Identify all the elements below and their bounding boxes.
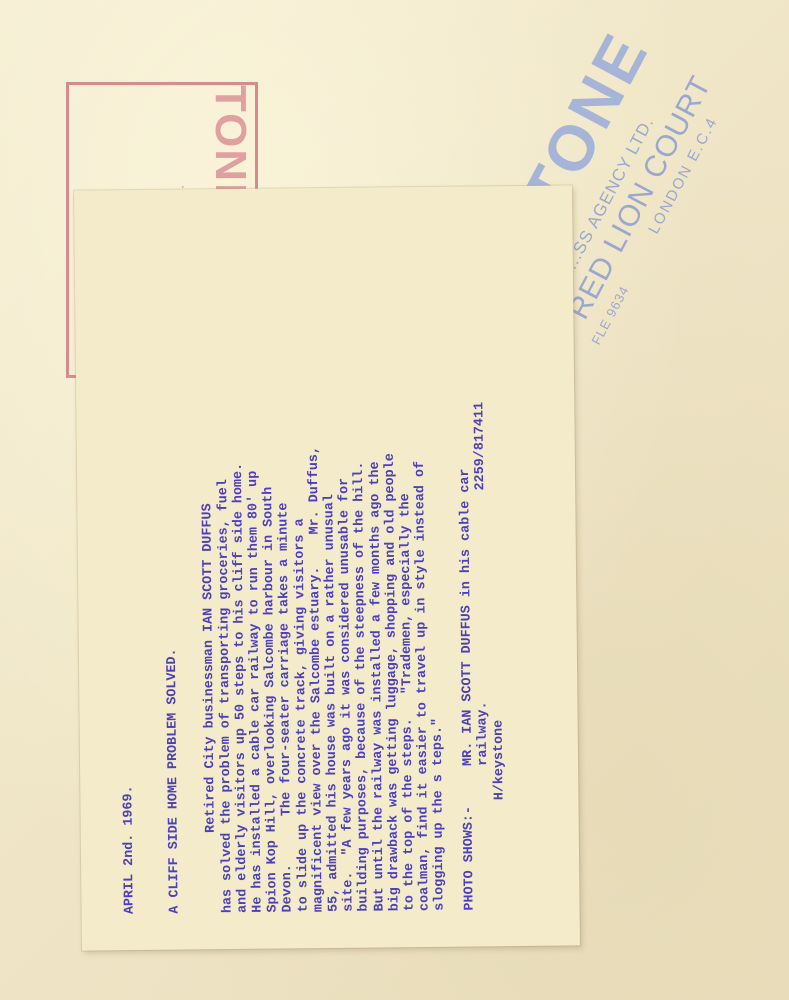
photo-credit: H/keystone xyxy=(491,720,507,801)
photo-shows-line2: railway. xyxy=(475,701,492,910)
reference-number: 2259/817411 xyxy=(472,402,488,491)
caption-body: Retired City businessman IAN SCOTT DUFFU… xyxy=(198,223,448,914)
caption-date: APRIL 2nd. 1969. xyxy=(115,226,137,914)
caption-headline: A CLIFF SIDE HOME PROBLEM SOLVED. xyxy=(161,226,183,914)
caption-text: APRIL 2nd. 1969. A CLIFF SIDE HOME PROBL… xyxy=(93,196,561,941)
caption-sheet: APRIL 2nd. 1969. A CLIFF SIDE HOME PROBL… xyxy=(74,185,580,950)
